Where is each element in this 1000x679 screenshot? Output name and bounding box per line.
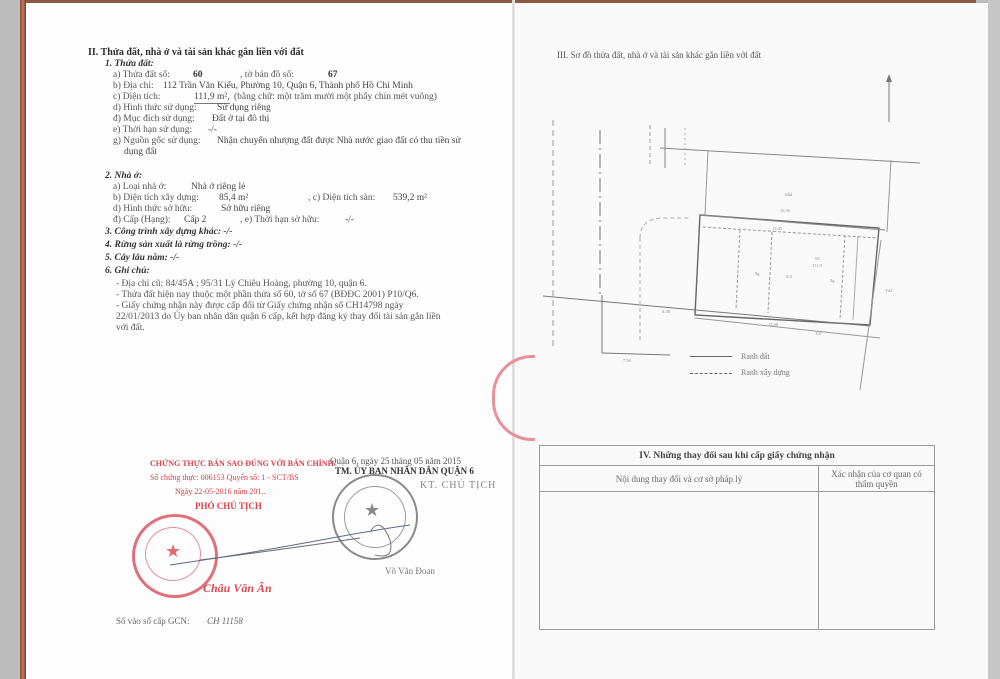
- page-edge: [988, 0, 1000, 679]
- parcel-number-value: 60: [193, 70, 203, 81]
- map-sheet-value: 67: [328, 70, 338, 81]
- certification-date: Ngày 22-05-2016 năm 201..: [175, 486, 265, 497]
- floor-area-value: 539,2 m²: [393, 193, 427, 204]
- svg-text:13.43: 13.43: [772, 226, 783, 231]
- own-term-value: -/-: [345, 215, 354, 226]
- certification-role: PHÓ CHỦ TỊCH: [195, 501, 262, 512]
- legend-solid-line: [690, 356, 732, 357]
- origin-label: g) Nguồn gốc sử dụng:: [113, 136, 200, 147]
- address-label: b) Địa chỉ:: [113, 81, 154, 92]
- svg-text:T47: T47: [815, 331, 823, 336]
- use-term-value: -/-: [208, 125, 217, 136]
- issuance-role: KT. CHỦ TỊCH: [420, 480, 496, 491]
- note-line-1: - Địa chỉ cũ: 84/45A ; 95/31 Lý Chiêu Ho…: [116, 279, 367, 290]
- register-value: CH 11158: [207, 616, 243, 627]
- note-line-5: với đất.: [116, 323, 145, 334]
- notes-heading: 6. Ghi chú:: [105, 266, 150, 277]
- house-heading: 2. Nhà ở:: [105, 171, 142, 182]
- note-line-3: - Giấy chứng nhận này được cấp đổi từ Gi…: [116, 301, 403, 312]
- ownership-label: d) Hình thức sở hữu:: [113, 204, 192, 215]
- changes-col-content: Nội dung thay đổi và cơ sở pháp lý: [540, 466, 819, 492]
- svg-text:4-5: 4-5: [786, 274, 793, 279]
- register-label: Số vào sổ cấp GCN:: [116, 616, 190, 627]
- address-value: 112 Trần Văn Kiểu, Phường 10, Quận 6, Th…: [163, 81, 413, 92]
- origin-value-2: dụng đất: [124, 147, 157, 158]
- grade-value: Cấp 2: [184, 215, 206, 226]
- page-fold: [512, 0, 515, 679]
- map-sheet-label: , tờ bản đồ số:: [240, 70, 294, 81]
- use-term-label: e) Thời hạn sử dụng:: [113, 125, 192, 136]
- ownership-value: Sở hữu riêng: [221, 204, 270, 215]
- parcel-number-label: a) Thửa đất số:: [113, 70, 170, 81]
- changes-col-confirmation: Xác nhận của cơ quan có thẩm quyền: [819, 466, 935, 492]
- svg-text:53: 53: [815, 256, 820, 261]
- legend-building-boundary: Ranh xây dựng: [741, 367, 790, 378]
- svg-text:7.50: 7.50: [623, 358, 632, 363]
- floor-area-label: , c) Diện tích sàn:: [308, 193, 375, 204]
- grade-label: đ) Cấp (Hạng):: [113, 215, 171, 226]
- certification-signer: Châu Văn Ân: [203, 583, 272, 594]
- changes-cell-content: [540, 492, 819, 630]
- use-form-label: d) Hình thức sử dụng:: [113, 103, 197, 114]
- parcel-diagram: nhà 15.35 13.43 13.60 4.38 7.50 5g 4-5 5…: [540, 70, 960, 390]
- changes-table: IV. Những thay đổi sau khi cấp giấy chứn…: [539, 445, 935, 630]
- svg-text:5g: 5g: [755, 271, 760, 276]
- build-area-value: 85,4 m²: [219, 193, 248, 204]
- svg-text:15.35: 15.35: [780, 208, 791, 213]
- svg-text:T44: T44: [885, 288, 893, 293]
- land-heading: 1. Thửa đất:: [105, 59, 154, 70]
- origin-value-1: Nhận chuyển nhượng đất được Nhà nước gia…: [217, 136, 461, 147]
- forest: 4. Rừng sản xuất là rừng trồng: -/-: [105, 240, 242, 251]
- build-area-label: b) Diện tích xây dựng:: [113, 193, 199, 204]
- legend-dashed-line: [690, 373, 732, 374]
- use-purpose-value: Đất ở tại đô thị: [212, 114, 269, 125]
- certification-title: CHỨNG THỰC BẢN SAO ĐÚNG VỚI BẢN CHÍNH: [150, 458, 334, 469]
- own-term-label: , e) Thời hạn sở hữu:: [240, 215, 319, 226]
- svg-text:111.9: 111.9: [812, 263, 823, 268]
- use-purpose-label: đ) Mục đích sử dụng:: [113, 114, 195, 125]
- area-words: (bằng chữ: một trăm mười một phẩy chín m…: [234, 92, 437, 103]
- section-ii-title: II. Thửa đất, nhà ở và tài sản khác gắn …: [88, 47, 304, 58]
- changes-cell-confirmation: [819, 492, 935, 630]
- svg-text:13.60: 13.60: [768, 322, 779, 327]
- legend-parcel-boundary: Ranh đất: [741, 351, 770, 362]
- house-type-value: Nhà ở riêng lẻ: [191, 182, 245, 193]
- svg-text:nhà: nhà: [785, 193, 793, 198]
- issuance-org: TM. ỦY BAN NHÂN DÂN QUẬN 6: [335, 466, 474, 477]
- signature-strokes: [160, 520, 420, 580]
- area-label: c) Diện tích:: [113, 92, 160, 103]
- perennial-trees: 5. Cây lâu năm: -/-: [105, 253, 179, 264]
- use-form-value: Sử dụng riêng: [217, 103, 271, 114]
- changes-table-title: IV. Những thay đổi sau khi cấp giấy chứn…: [540, 446, 935, 466]
- note-line-4: 22/01/2013 do Ủy ban nhân dân quận 6 cấp…: [116, 312, 441, 323]
- svg-text:5g: 5g: [830, 278, 835, 283]
- svg-text:4.38: 4.38: [662, 309, 671, 314]
- other-works: 3. Công trình xây dựng khác: -/-: [105, 227, 232, 238]
- house-type-label: a) Loại nhà ở:: [113, 182, 166, 193]
- section-iii-title: III. Sơ đồ thửa đất, nhà ở và tài sản kh…: [557, 50, 761, 61]
- emblem-star-icon: ★: [364, 500, 380, 521]
- certification-number: Số chứng thực: 006153 Quyển số: 1 - SCT/…: [150, 472, 299, 483]
- note-line-2: - Thửa đất hiện nay thuộc một phần thửa …: [116, 290, 419, 301]
